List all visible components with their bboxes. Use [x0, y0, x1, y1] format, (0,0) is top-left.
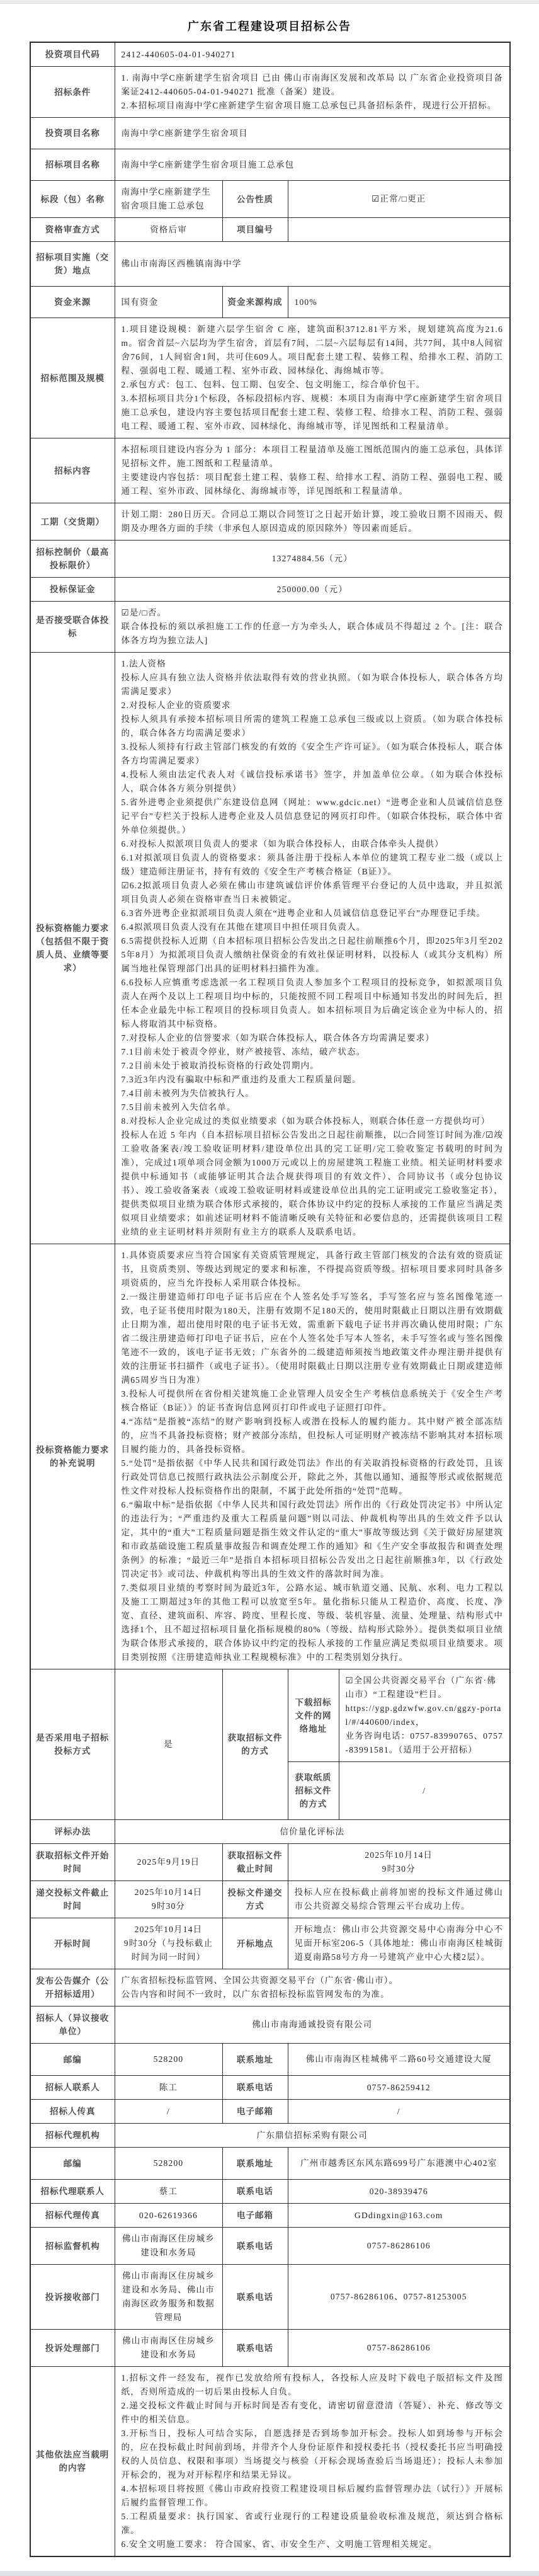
- doc-obtain-start-label: 获取招标文件开始时间: [30, 1844, 115, 1881]
- row-investment-project-name: 投资项目名称 南海中学C座新建学生宿舍项目: [30, 118, 510, 149]
- row-tenderer-contact: 招标人联系人 陈工 联系电话 0757-86259412: [30, 2076, 510, 2100]
- construction-period-label: 工期（交货期）: [30, 503, 115, 541]
- consortium-label: 是否接受联合体投标: [30, 602, 115, 653]
- row-qualification-requirements: 投标资格能力要求（包括但不限于资质人员、业绩等要求） 1.法人资格 投标人应具有…: [30, 653, 510, 1244]
- funding-source-label: 资金来源: [30, 287, 115, 318]
- complaint-receiving-value: 佛山市南海区住房城乡建设和水务局、佛山市南海区政务服务和数据管理局: [115, 2265, 222, 2330]
- control-price-label: 招标控制价（最高投标限价）: [30, 541, 115, 578]
- qualification-notes-value: 1.具体资质要求应当符合国家有关资质管理规定，具备行政主管部门核发的合法有效的资…: [115, 1244, 510, 1669]
- bid-submission-deadline-label: 递交投标文件截止时间: [30, 1881, 115, 1918]
- bid-bond-label: 投标保证金: [30, 578, 115, 602]
- tenderer-value: 佛山市南海通诚投资有限公司: [115, 2006, 510, 2044]
- row-complaint-handling: 投诉处理部门 佛山市南海区住房城乡建设和水务局 联系电话 0757-862861…: [30, 2330, 510, 2367]
- row-bid-bond: 投标保证金 250000.00（元）: [30, 578, 510, 602]
- tenderer-address-label: 联系地址: [222, 2044, 288, 2076]
- tenderer-email-label: 电子邮箱: [222, 2100, 288, 2124]
- row-tenderer: 招标人（异议接收单位） 佛山市南海通诚投资有限公司: [30, 2006, 510, 2044]
- evaluation-method-value: 信价量化评标法: [115, 1820, 510, 1844]
- row-construction-period: 工期（交货期） 计划工期：280日历天。合同总工期以合同签订之日起开始计算，竣工…: [30, 503, 510, 541]
- row-tender-project-name: 招标项目名称 南海中学C座新建学生宿舍项目施工总承包: [30, 149, 510, 181]
- tender-content-label: 招标内容: [30, 438, 115, 503]
- tenderer-fax-label: 招标人传真: [30, 2100, 115, 2124]
- row-agency: 招标代理机构 广东鼎信招标采购有限公司: [30, 2124, 510, 2148]
- row-tenderer-fax: 招标人传真 / 电子邮箱 /: [30, 2100, 510, 2124]
- supervision-value: 佛山市南海区住房城乡建设和水务局: [115, 2228, 222, 2265]
- bid-opening-place-value: 开标地点：佛山市公共资源交易中心南海分中心不见面开标室206-5（具体地址：佛山…: [288, 1918, 510, 1969]
- qualification-requirements-label: 投标资格能力要求（包括但不限于资质人员、业绩等要求）: [30, 653, 115, 1244]
- bid-opening-time-label: 开标时间: [30, 1918, 115, 1969]
- complaint-handling-phone-value: 0757-86286106: [288, 2330, 510, 2367]
- download-url-value: ☑全国公共资源交易平台（广东省·佛山市）“工程建设”栏目。 https://yg…: [339, 1669, 510, 1762]
- announcement-nature-label: 公告性质: [222, 181, 288, 218]
- funding-composition-label: 资金来源构成: [222, 287, 288, 318]
- agency-address-label: 联系地址: [222, 2148, 288, 2180]
- row-electronic-bidding: 是否采用电子招标投标方式 是 获取招标文件的方式 下载招标文件的网络地址 ☑全国…: [30, 1669, 510, 1762]
- tender-conditions-label: 招标条件: [30, 67, 115, 118]
- row-tender-content: 招标内容 本招标项目建设内容分为 1 部分：本项目工程量清单及施工图纸范围内的施…: [30, 438, 510, 503]
- delivery-location-label: 招标项目实施（交货）地点: [30, 242, 115, 287]
- tender-announcement-table: 投资项目代码 2412-440605-04-01-940271 招标条件 1. …: [30, 42, 511, 2557]
- doc-obtain-deadline-value: 2025年10月14日 9时30分: [288, 1844, 510, 1881]
- agency-postcode-value: 528200: [115, 2148, 222, 2180]
- doc-obtain-start-value: 2025年9月19日: [115, 1844, 222, 1881]
- row-evaluation-method: 评标办法 信价量化评标法: [30, 1820, 510, 1844]
- page-bottom-strip: [0, 2571, 539, 2576]
- agency-email-value: GDdingxin@163.com: [288, 2204, 510, 2228]
- other-content-value: 1.招标文件一经发布，视作已发放给所有投标人，各投标人应及时下载电子版招标文件及…: [115, 2367, 510, 2557]
- row-agency-postcode: 邮编 528200 联系地址 广州市越秀区东风东路699号广东港澳中心402室: [30, 2148, 510, 2180]
- complaint-handling-value: 佛山市南海区住房城乡建设和水务局: [115, 2330, 222, 2367]
- evaluation-method-label: 评标办法: [30, 1820, 115, 1844]
- agency-phone-label: 联系电话: [222, 2180, 288, 2204]
- tender-project-name-value: 南海中学C座新建学生宿舍项目施工总承包: [115, 149, 510, 181]
- agency-fax-value: 020-62619366: [115, 2204, 222, 2228]
- agency-contact-value: 蔡工: [115, 2180, 222, 2204]
- tenderer-fax-value: /: [115, 2100, 222, 2124]
- page-title: 广东省工程建设项目招标公告: [30, 18, 509, 34]
- investment-project-name-label: 投资项目名称: [30, 118, 115, 149]
- row-funding: 资金来源 国有资金 资金来源构成 100%: [30, 287, 510, 318]
- announcement-nature-value: ☑正常/□更正: [288, 181, 510, 218]
- row-scope-scale: 招标范围及规模 1.项目建设规模：新建六层学生宿舍 C 座，建筑面积3712.8…: [30, 318, 510, 438]
- supervision-phone-label: 联系电话: [222, 2228, 288, 2265]
- row-qualification-notes: 投标资格能力要求的补充说明 1.具体资质要求应当符合国家有关资质管理规定，具备行…: [30, 1244, 510, 1669]
- section-package-label: 标段（包）名称: [30, 181, 115, 218]
- construction-period-value: 计划工期：280日历天。合同总工期以合同签订之日起开始计算，竣工验收日期不因雨天…: [115, 503, 510, 541]
- section-package-value: 南海中学C座新建学生宿舍项目施工总承包: [115, 181, 222, 218]
- qualification-requirements-value: 1.法人资格 投标人应具有独立法人资格并依法取得有效的营业执照。（如为联合体投标…: [115, 653, 510, 1244]
- investment-project-name-value: 南海中学C座新建学生宿舍项目: [115, 118, 510, 149]
- agency-phone-value: 020-38939476: [288, 2180, 510, 2204]
- bid-bond-value: 250000.00（元）: [115, 578, 510, 602]
- tenderer-label: 招标人（异议接收单位）: [30, 2006, 115, 2044]
- scope-scale-label: 招标范围及规模: [30, 318, 115, 438]
- paper-doc-method-value: /: [339, 1762, 510, 1820]
- agency-address-value: 广州市越秀区东风东路699号广东港澳中心402室: [288, 2148, 510, 2180]
- project-number-value: [288, 218, 510, 242]
- complaint-handling-phone-label: 联系电话: [222, 2330, 288, 2367]
- other-content-label: 其他依法应当载明的内容: [30, 2367, 115, 2557]
- delivery-location-value: 佛山市南海区西樵镇南海中学: [115, 242, 510, 287]
- row-section-package: 标段（包）名称 南海中学C座新建学生宿舍项目施工总承包 公告性质 ☑正常/□更正: [30, 181, 510, 218]
- bid-submission-deadline-value: 2025年10月14日 9时30分: [115, 1881, 222, 1918]
- row-tender-conditions: 招标条件 1. 南海中学C座新建学生宿舍项目 已由 佛山市南海区发展和改革局 以…: [30, 67, 510, 118]
- project-number-label: 项目编号: [222, 218, 288, 242]
- bid-opening-time-value: 2025年10月14日 9时30分（与投标截止时间为同一时间）: [115, 1918, 222, 1969]
- control-price-value: 13274884.56（元）: [115, 541, 510, 578]
- row-delivery-location: 招标项目实施（交货）地点 佛山市南海区西樵镇南海中学: [30, 242, 510, 287]
- bid-opening-place-label: 开标地点: [222, 1918, 288, 1969]
- row-bid-submission: 递交投标文件截止时间 2025年10月14日 9时30分 投标文件递交方式 投标…: [30, 1881, 510, 1918]
- complaint-receiving-label: 投诉接收部门: [30, 2265, 115, 2330]
- complaint-receiving-phone-value: 0757-86286106、0757-81253005: [288, 2265, 510, 2330]
- tenderer-contact-label: 招标人联系人: [30, 2076, 115, 2100]
- agency-fax-label: 招标代理传真: [30, 2204, 115, 2228]
- doc-obtain-deadline-label: 获取招标文件截止时间: [222, 1844, 288, 1881]
- download-url-label: 下载招标文件的网络地址: [288, 1669, 339, 1762]
- supervision-label: 招标监督机构: [30, 2228, 115, 2265]
- tender-content-value: 本招标项目建设内容分为 1 部分：本项目工程量清单及施工图纸范围内的施工总承包，…: [115, 438, 510, 503]
- row-complaint-receiving: 投诉接收部门 佛山市南海区住房城乡建设和水务局、佛山市南海区政务服务和数据管理局…: [30, 2265, 510, 2330]
- funding-composition-value: 100%: [288, 287, 510, 318]
- complaint-handling-label: 投诉处理部门: [30, 2330, 115, 2367]
- consortium-value: ☑是/□否。 联合体投标的须以承担施工工作的任意一方为牵头人，联合体成员不得超过…: [115, 602, 510, 653]
- agency-value: 广东鼎信招标采购有限公司: [115, 2124, 510, 2148]
- project-code-value: 2412-440605-04-01-940271: [115, 42, 510, 67]
- row-announcement-media: 发布公告媒介（公开招标适用） 广东省招标投标监管网、全国公共资源交易平台（广东省…: [30, 1969, 510, 2006]
- row-agency-contact: 招标代理联系人 蔡工 联系电话 020-38939476: [30, 2180, 510, 2204]
- project-code-label: 投资项目代码: [30, 42, 115, 67]
- agency-contact-label: 招标代理联系人: [30, 2180, 115, 2204]
- tenderer-postcode-value: 528200: [115, 2044, 222, 2076]
- tender-conditions-value: 1. 南海中学C座新建学生宿舍项目 已由 佛山市南海区发展和改革局 以 广东省企…: [115, 67, 510, 118]
- tenderer-contact-value: 陈工: [115, 2076, 222, 2100]
- announcement-media-label: 发布公告媒介（公开招标适用）: [30, 1969, 115, 2006]
- row-supervision: 招标监督机构 佛山市南海区住房城乡建设和水务局 联系电话 0757-862861…: [30, 2228, 510, 2265]
- row-doc-obtain-time: 获取招标文件开始时间 2025年9月19日 获取招标文件截止时间 2025年10…: [30, 1844, 510, 1881]
- bid-submission-method-label: 投标文件递交方式: [222, 1881, 288, 1918]
- row-project-code: 投资项目代码 2412-440605-04-01-940271: [30, 42, 510, 67]
- electronic-bidding-label: 是否采用电子招标投标方式: [30, 1669, 115, 1820]
- row-agency-fax: 招标代理传真 020-62619366 电子邮箱 GDdingxin@163.c…: [30, 2204, 510, 2228]
- row-bid-opening: 开标时间 2025年10月14日 9时30分（与投标截止时间为同一时间） 开标地…: [30, 1918, 510, 1969]
- row-qualification-review: 资格审查方式 资格后审 项目编号: [30, 218, 510, 242]
- paper-doc-method-label: 获取纸质招标文件的方式: [288, 1762, 339, 1820]
- qualification-notes-label: 投标资格能力要求的补充说明: [30, 1244, 115, 1669]
- row-consortium: 是否接受联合体投标 ☑是/□否。 联合体投标的须以承担施工工作的任意一方为牵头人…: [30, 602, 510, 653]
- scope-scale-value: 1.项目建设规模：新建六层学生宿舍 C 座，建筑面积3712.81平方米，规划建…: [115, 318, 510, 438]
- agency-postcode-label: 邮编: [30, 2148, 115, 2180]
- bid-submission-method-value: 投标人应在投标截止前将加密的投标文件通过佛山市公共资源交易综合管理云平台成功上传…: [288, 1881, 510, 1918]
- complaint-receiving-phone-label: 联系电话: [222, 2265, 288, 2330]
- tenderer-phone-label: 联系电话: [222, 2076, 288, 2100]
- tender-announcement-document: 广东省工程建设项目招标公告 投资项目代码 2412-440605-04-01-9…: [30, 4, 509, 2576]
- tenderer-email-value: /: [288, 2100, 510, 2124]
- doc-obtain-method-label: 获取招标文件的方式: [222, 1669, 288, 1820]
- qualification-review-label: 资格审查方式: [30, 218, 115, 242]
- electronic-bidding-value: 是: [115, 1669, 222, 1820]
- agency-label: 招标代理机构: [30, 2124, 115, 2148]
- row-tenderer-postcode: 邮编 528200 联系地址 佛山市南海区桂城佛平二路60号交通建设大厦: [30, 2044, 510, 2076]
- tender-project-name-label: 招标项目名称: [30, 149, 115, 181]
- tenderer-address-value: 佛山市南海区桂城佛平二路60号交通建设大厦: [288, 2044, 510, 2076]
- funding-source-value: 国有资金: [115, 287, 222, 318]
- row-other-content: 其他依法应当载明的内容 1.招标文件一经发布，视作已发放给所有投标人，各投标人应…: [30, 2367, 510, 2557]
- tenderer-phone-value: 0757-86259412: [288, 2076, 510, 2100]
- row-control-price: 招标控制价（最高投标限价） 13274884.56（元）: [30, 541, 510, 578]
- qualification-review-value: 资格后审: [115, 218, 222, 242]
- tenderer-postcode-label: 邮编: [30, 2044, 115, 2076]
- supervision-phone-value: 0757-86286106: [288, 2228, 510, 2265]
- agency-email-label: 电子邮箱: [222, 2204, 288, 2228]
- announcement-media-value: 广东省招标投标监管网、全国公共资源交易平台（广东省·佛山市）。 公告内容和时间不…: [115, 1969, 510, 2006]
